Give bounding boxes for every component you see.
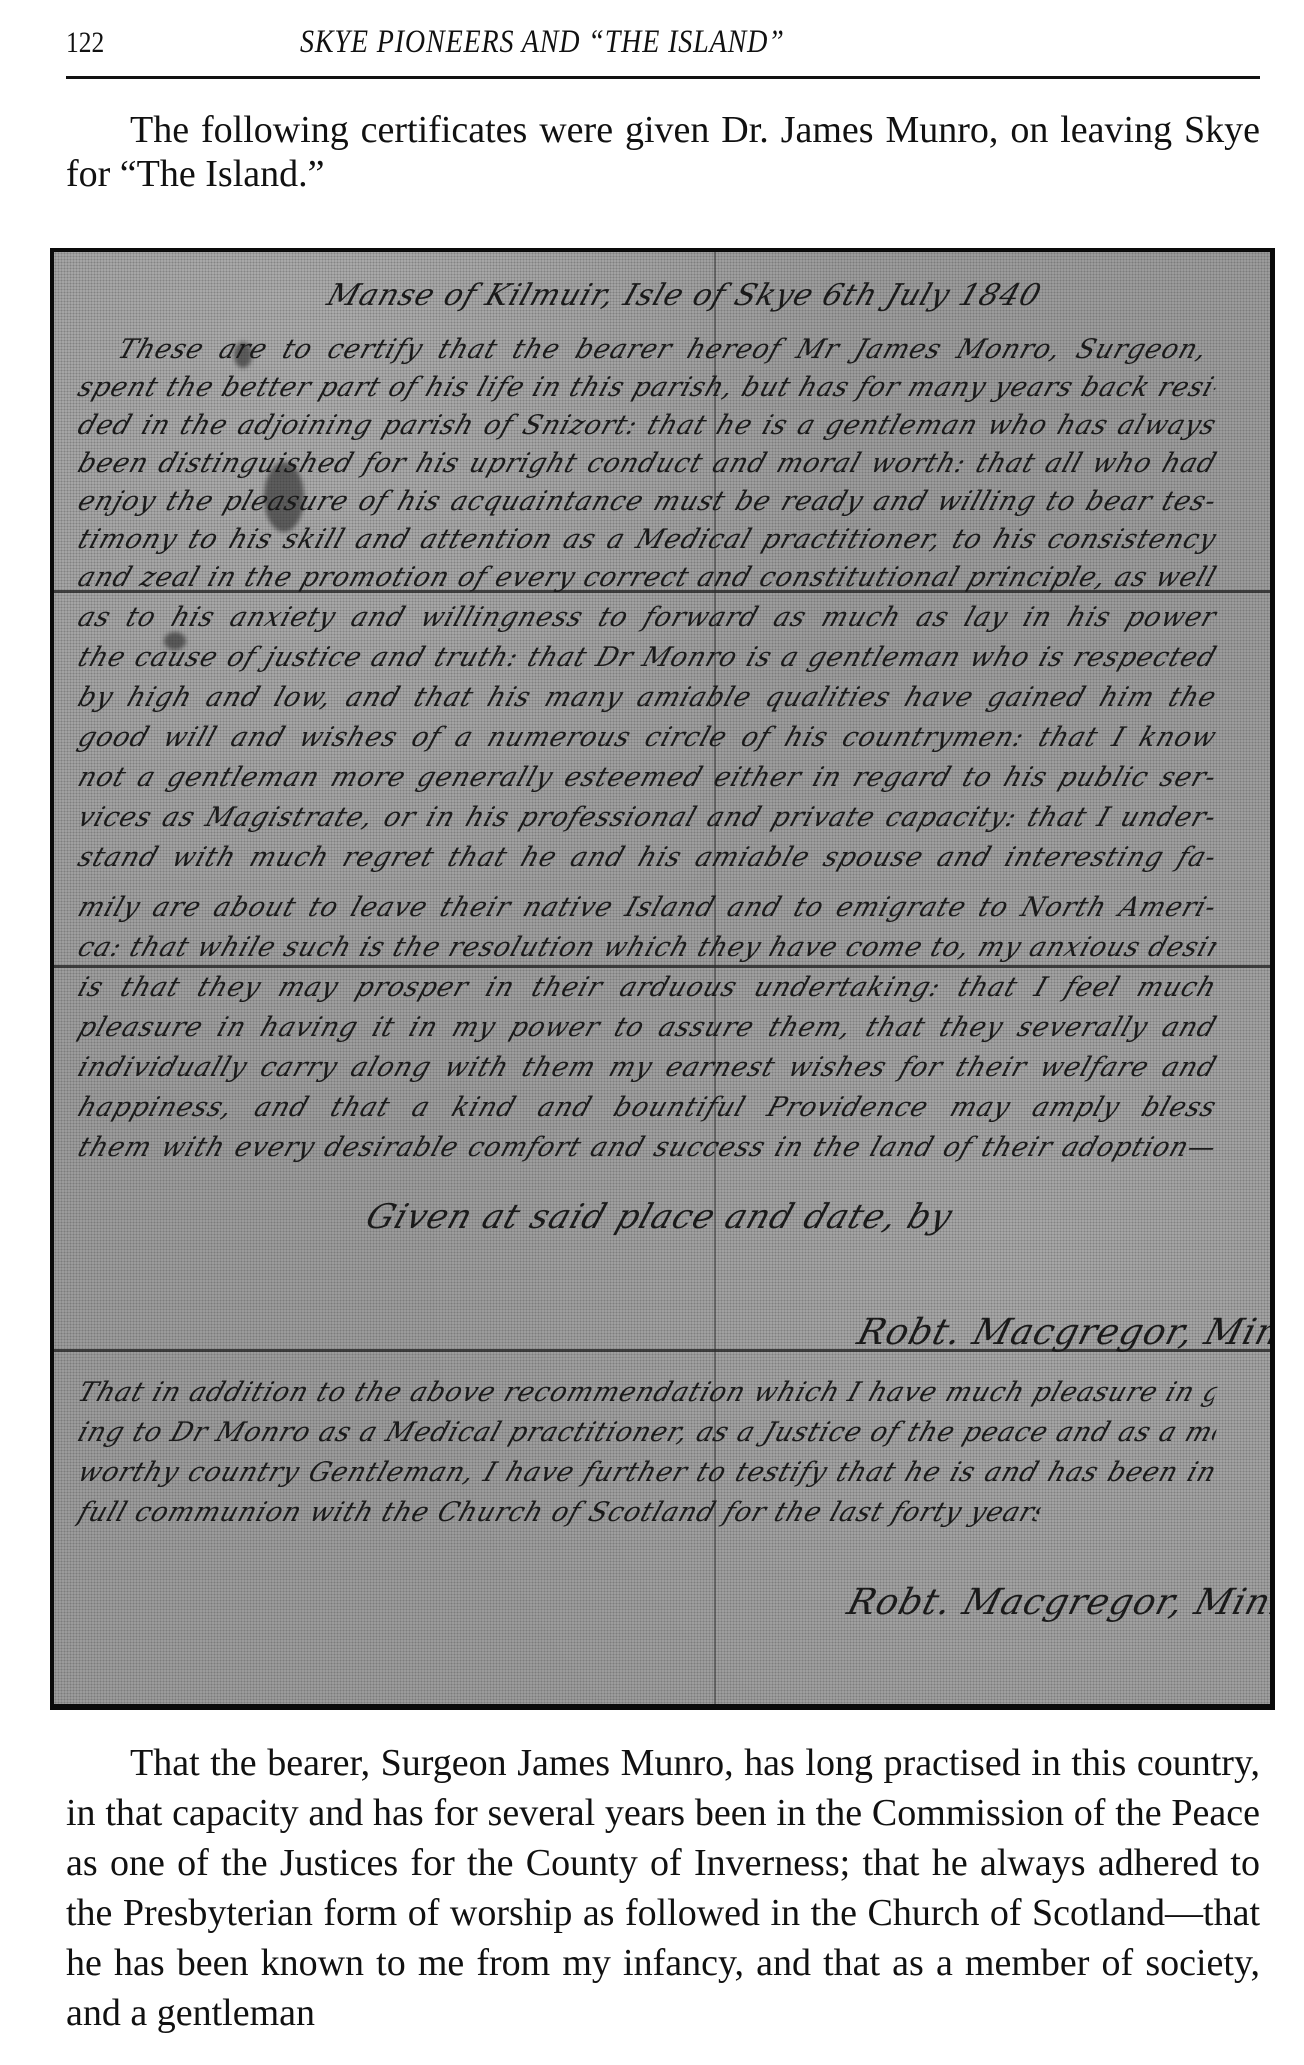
letter-line: is that they may prosper in their arduou… [74,972,1221,1003]
postscript-line: full communion with the Church of Scotla… [74,1497,1044,1528]
body-paragraph: That the bearer, Surgeon James Munro, ha… [66,1738,1260,2038]
given-at-line: Given at said place and date, by [361,1197,958,1237]
letter-line: spent the better part of his life in thi… [74,372,1221,403]
letter-line: stand with much regret that he and his a… [74,842,1221,873]
intro-paragraph: The following certificates were given Dr… [66,108,1260,196]
letter-line: individually carry along with them my ea… [74,1052,1221,1083]
letter-line: by high and low, and that his many amiab… [74,682,1221,713]
letter-line: ded in the adjoining parish of Snizort: … [74,410,1221,441]
letter-line: not a gentleman more generally esteemed … [74,762,1221,793]
letter-line: and zeal in the promotion of every corre… [74,562,1221,593]
letter-line: pleasure in having it in my power to ass… [74,1012,1221,1043]
postscript-line: worthy country Gentleman, I have further… [74,1457,1221,1488]
letter-line: mily are about to leave their native Isl… [74,892,1221,923]
letter-line: timony to his skill and attention as a M… [74,524,1221,555]
signature: Robt. Macgregor, Minister. [853,1312,1275,1353]
letter-line: been distinguished for his upright condu… [74,448,1221,479]
letter-line: as to his anxiety and willingness to for… [74,602,1221,633]
postscript-line: That in addition to the above recommenda… [74,1377,1221,1408]
letter-line: the cause of justice and truth: that Dr … [74,642,1221,673]
fold-line [54,965,1270,968]
running-head: 122 SKYE PIONEERS AND “THE ISLAND” [66,22,1260,68]
letter-line: good will and wishes of a numerous circl… [74,722,1221,753]
running-title: SKYE PIONEERS AND “THE ISLAND” [300,24,785,61]
letter-heading: Manse of Kilmuir, Isle of Skye 6th July … [323,278,1046,313]
body-text: That the bearer, Surgeon James Munro, ha… [66,1738,1260,2038]
intro-text: The following certificates were given Dr… [66,108,1260,196]
page-number: 122 [66,26,104,60]
postscript-line: ing to Dr Monro as a Medical practitione… [74,1417,1221,1448]
header-rule-divider [66,76,1260,79]
letter-line: happiness, and that a kind and bountiful… [74,1092,1221,1123]
letter-line: ca: that while such is the resolution wh… [74,932,1221,963]
scanned-letter-image: Manse of Kilmuir, Isle of Skye 6th July … [50,248,1275,1710]
letter-line: These are to certify that the bearer her… [114,334,1212,365]
letter-line: vices as Magistrate, or in his professio… [74,802,1221,833]
signature: Robt. Macgregor, Minister. [843,1582,1275,1623]
letter-line: enjoy the pleasure of his acquaintance m… [74,486,1221,517]
letter-line: them with every desirable comfort and su… [74,1132,1221,1163]
